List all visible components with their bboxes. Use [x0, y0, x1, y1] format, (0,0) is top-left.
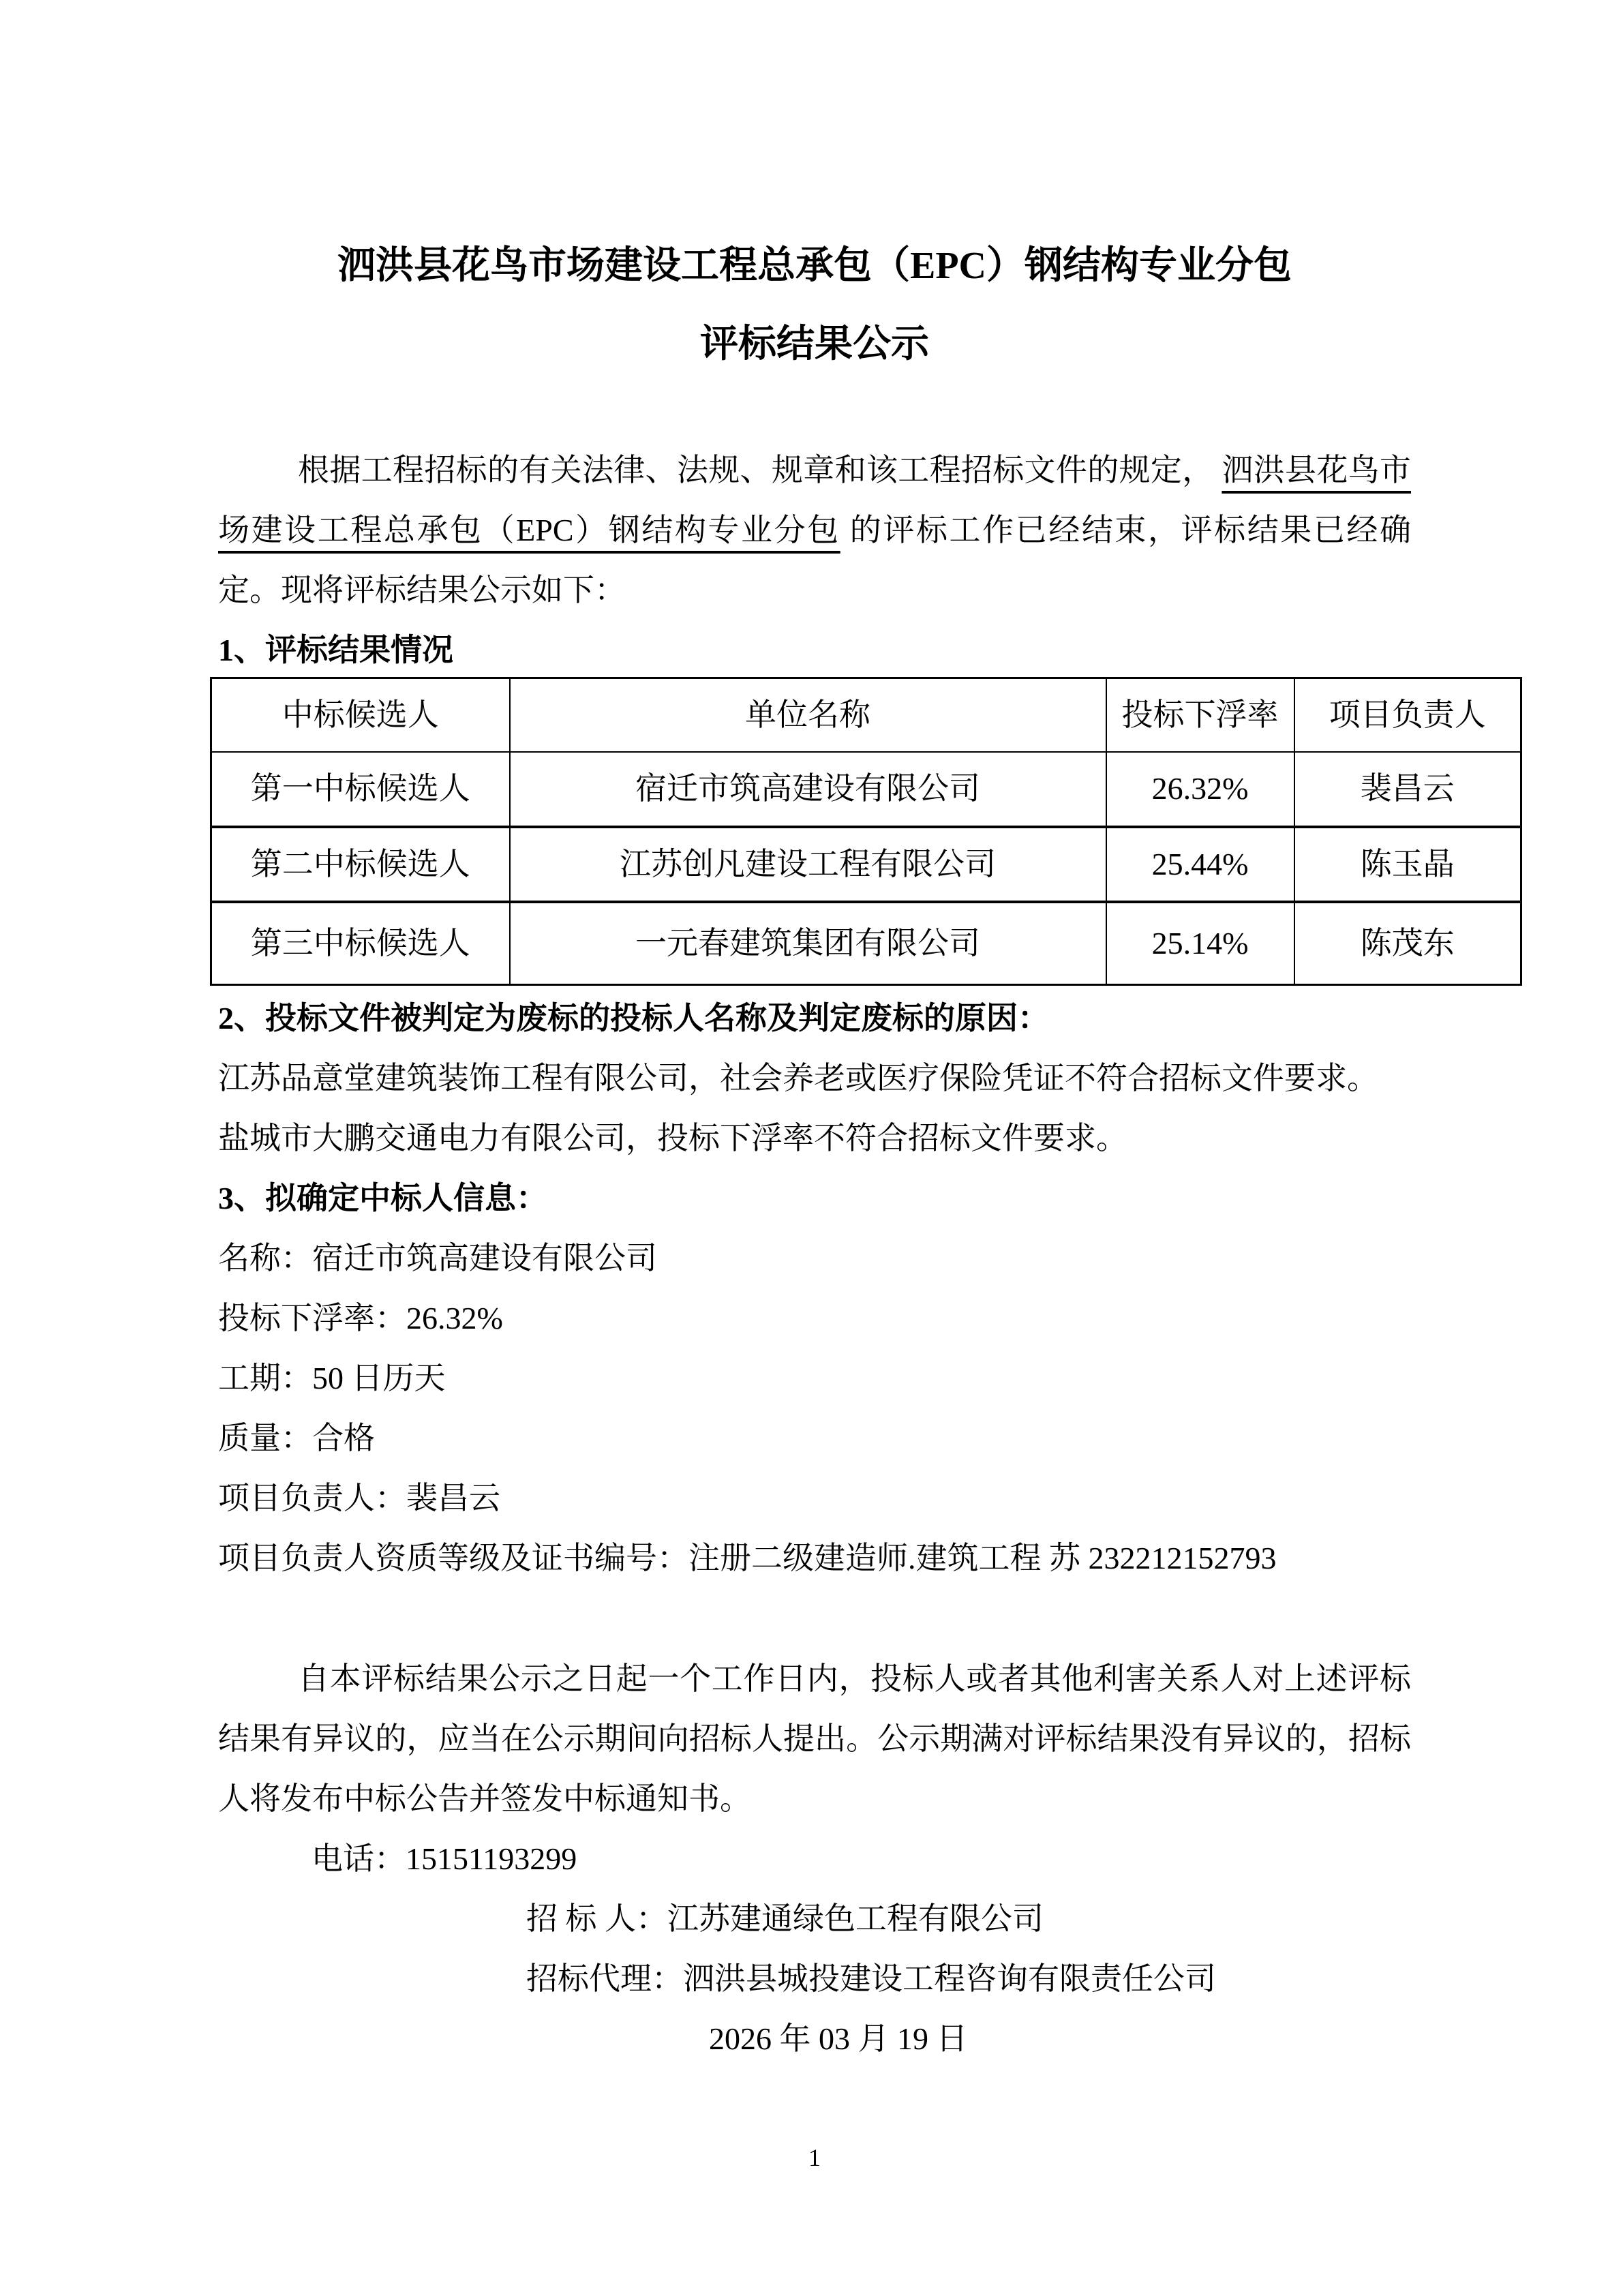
section3-heading: 3、拟确定中标人信息：	[218, 1168, 1411, 1228]
tenderer-line: 招 标 人：江苏建通绿色工程有限公司	[218, 1889, 1411, 1949]
cell-candidate-rank: 第二中标候选人	[211, 827, 510, 902]
table-row: 第三中标候选人 一元春建筑集团有限公司 25.14% 陈茂东	[211, 902, 1521, 985]
cell-project-manager: 陈玉晶	[1294, 827, 1521, 902]
section2-heading: 2、投标文件被判定为废标的投标人名称及判定废标的原因：	[218, 988, 1411, 1048]
agent-line: 招标代理：泗洪县城投建设工程咨询有限责任公司	[218, 1949, 1411, 2009]
col-header-company: 单位名称	[510, 678, 1106, 752]
table-header-row: 中标候选人 单位名称 投标下浮率 项目负责人	[211, 678, 1521, 752]
cell-candidate-rank: 第一中标候选人	[211, 752, 510, 827]
cell-company-name: 宿迁市筑高建设有限公司	[510, 752, 1106, 827]
table-row: 第一中标候选人 宿迁市筑高建设有限公司 26.32% 裴昌云	[211, 752, 1521, 827]
document-page: 泗洪县花鸟市场建设工程总承包（EPC）钢结构专业分包 评标结果公示 根据工程招标…	[0, 0, 1623, 2296]
phone-line: 电话：15151193299	[218, 1829, 1411, 1889]
sections-2-3: 2、投标文件被判定为废标的投标人名称及判定废标的原因： 江苏品意堂建筑装饰工程有…	[218, 988, 1411, 1588]
document-content: 泗洪县花鸟市场建设工程总承包（EPC）钢结构专业分包 评标结果公示 根据工程招标…	[0, 0, 1623, 2173]
cell-project-manager: 陈茂东	[1294, 902, 1521, 985]
winner-name-line: 名称：宿迁市筑高建设有限公司	[218, 1228, 1411, 1288]
document-title-line1: 泗洪县花鸟市场建设工程总承包（EPC）钢结构专业分包	[218, 0, 1411, 290]
rejected-bidder-line: 盐城市大鹏交通电力有限公司，投标下浮率不符合招标文件要求。	[218, 1108, 1411, 1168]
col-header-candidate: 中标候选人	[211, 678, 510, 752]
evaluation-result-table: 中标候选人 单位名称 投标下浮率 项目负责人 第一中标候选人 宿迁市筑高建设有限…	[210, 677, 1522, 986]
closing-paragraph: 自本评标结果公示之日起一个工作日内，投标人或者其他利害关系人对上述评标结果有异议…	[218, 1649, 1411, 1829]
col-header-rate: 投标下浮率	[1106, 678, 1294, 752]
cell-project-manager: 裴昌云	[1294, 752, 1521, 827]
intro-text-before: 根据工程招标的有关法律、法规、规章和该工程招标文件的规定，	[298, 453, 1222, 487]
document-title-line2: 评标结果公示	[218, 320, 1411, 369]
winner-duration-line: 工期：50 日历天	[218, 1348, 1411, 1408]
section1-heading: 1、评标结果情况	[218, 620, 1411, 680]
winner-certificate-line: 项目负责人资质等级及证书编号：注册二级建造师.建筑工程 苏 2322121527…	[218, 1528, 1411, 1588]
cell-company-name: 一元春建筑集团有限公司	[510, 902, 1106, 985]
page-number: 1	[218, 2143, 1411, 2173]
cell-bid-rate: 25.44%	[1106, 827, 1294, 902]
intro-paragraph: 根据工程招标的有关法律、法规、规章和该工程招标文件的规定， 泗洪县花鸟市场建设工…	[218, 440, 1411, 620]
date-line: 2026 年 03 月 19 日	[218, 2009, 1411, 2069]
cell-bid-rate: 25.14%	[1106, 902, 1294, 985]
cell-company-name: 江苏创凡建设工程有限公司	[510, 827, 1106, 902]
winner-rate-line: 投标下浮率：26.32%	[218, 1288, 1411, 1348]
cell-candidate-rank: 第三中标候选人	[211, 902, 510, 985]
rejected-bidder-line: 江苏品意堂建筑装饰工程有限公司，社会养老或医疗保险凭证不符合招标文件要求。	[218, 1048, 1411, 1108]
winner-manager-line: 项目负责人：裴昌云	[218, 1468, 1411, 1528]
table-row: 第二中标候选人 江苏创凡建设工程有限公司 25.44% 陈玉晶	[211, 827, 1521, 902]
cell-bid-rate: 26.32%	[1106, 752, 1294, 827]
winner-quality-line: 质量：合格	[218, 1408, 1411, 1468]
col-header-manager: 项目负责人	[1294, 678, 1521, 752]
